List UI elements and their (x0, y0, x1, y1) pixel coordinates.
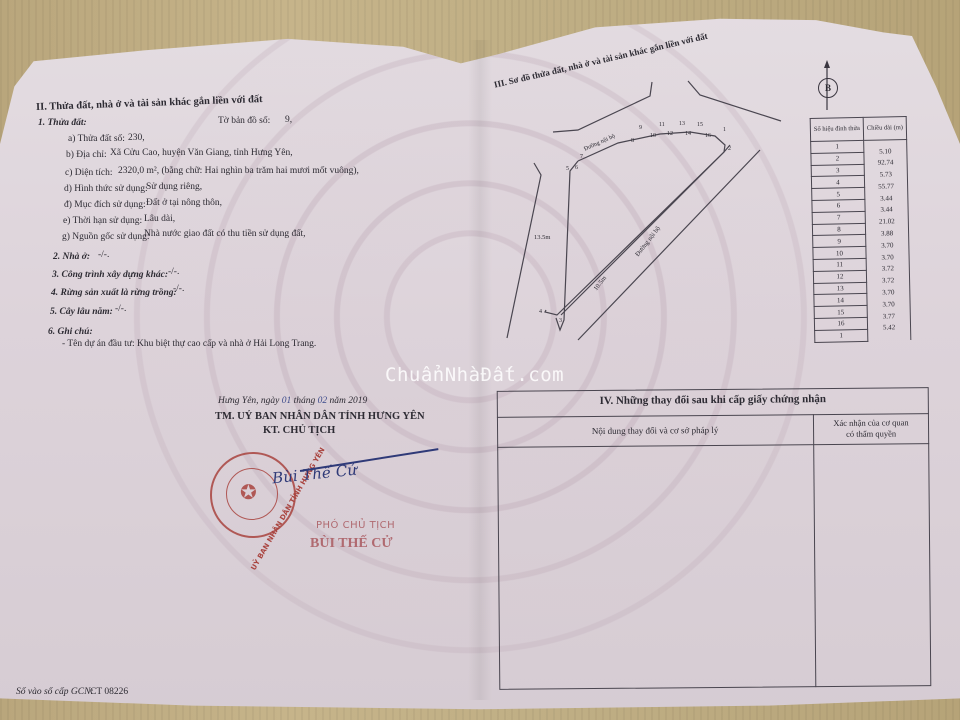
field-value: 2320,0 m², (bằng chữ: Hai nghìn ba trăm … (118, 166, 359, 176)
length-cell: 3.44 (865, 192, 908, 205)
date-day: 01 (282, 396, 292, 406)
registry-label: Số vào sổ cấp GCN: (16, 687, 94, 697)
vertex-label: 15 (697, 122, 703, 128)
length-cell: 21.02 (865, 215, 908, 228)
vertex-label: 5 (566, 166, 569, 172)
length-cell: 3.70 (866, 251, 909, 264)
length-cell: 55.77 (864, 180, 907, 193)
signing-date: Hưng Yên, ngày 01 tháng 02 năm 2019 (218, 396, 367, 406)
registry-number: CT 08226 (90, 687, 128, 697)
signer-name: BÙI THẾ CỬ (310, 536, 392, 552)
map-sheet-value: 9, (285, 115, 292, 125)
north-marker: B (818, 78, 838, 98)
on-behalf-of: KT. CHỦ TỊCH (263, 425, 335, 436)
field-label: a) Thửa đất số: (68, 134, 125, 144)
item-value: -/-. (98, 250, 109, 260)
vertex-label: 10 (650, 133, 656, 139)
length-cell: 3.72 (866, 262, 909, 275)
length-cell: 3.44 (865, 203, 908, 216)
item-label: 6. Ghi chú: (48, 327, 93, 337)
field-label: g) Nguồn gốc sử dụng: (62, 232, 149, 242)
date-month: 02 (318, 396, 328, 406)
vertex-label: 12 (667, 131, 673, 137)
vertex-cell: 1 (815, 329, 868, 342)
parcel-heading: 1. Thửa đất: (38, 118, 87, 128)
field-value: 230, (128, 133, 145, 143)
table-row: 15.10 (811, 140, 907, 154)
map-sheet-label: Tờ bản đồ số: (218, 116, 270, 126)
site-watermark: ChuẩnNhàĐất.com (385, 364, 564, 386)
vertex-label: 3 (559, 318, 562, 324)
field-label: b) Địa chỉ: (66, 150, 107, 160)
field-label: c) Diện tích: (65, 168, 112, 178)
length-cell: 92.74 (864, 156, 907, 169)
confirmation-line-2: có thẩm quyền (813, 428, 929, 440)
national-emblem-icon: ✪ (240, 480, 257, 505)
vertex-label: 2 (728, 146, 731, 152)
vertex-label: 4 (539, 309, 542, 315)
issuing-authority: TM. UỶ BAN NHÂN DÂN TỈNH HƯNG YÊN (215, 411, 425, 422)
vertex-label: 16 (705, 133, 711, 139)
field-value: Nhà nước giao đất có thu tiền sử dụng đấ… (144, 229, 305, 239)
vertex-label: 14 (685, 131, 691, 137)
changes-table: IV. Những thay đổi sau khi cấp giấy chứn… (497, 387, 932, 690)
vertex-label: 7 (580, 154, 583, 160)
col-header-vertex: Số hiệu đỉnh thửa (810, 117, 863, 141)
vertex-label: 6 (575, 165, 578, 171)
field-label: e) Thời hạn sử dụng: (63, 216, 142, 226)
col-header-length: Chiều dài (m) (863, 117, 907, 141)
vertex-label: 1 (723, 127, 726, 133)
length-cell: 3.88 (865, 227, 908, 240)
item-label: 5. Cây lâu năm: (50, 307, 113, 317)
vertex-label: 13 (679, 121, 685, 127)
item-label: 4. Rừng sản xuất là rừng trồng: (51, 288, 177, 298)
item-value: -/-. (173, 284, 184, 294)
length-cell: 3.77 (867, 310, 910, 323)
field-value: Đất ở tại nông thôn, (146, 198, 222, 208)
length-cell: 5.73 (864, 168, 907, 181)
length-cell: 5.10 (864, 145, 907, 158)
project-note: - Tên dự án đầu tư: Khu biệt thự cao cấp… (62, 339, 316, 349)
length-cell (868, 333, 911, 346)
vertex-label: 11 (659, 122, 665, 128)
vertex-label: 8 (631, 138, 634, 144)
item-label: 2. Nhà ở: (53, 252, 90, 262)
length-cell: 3.70 (866, 239, 909, 252)
field-value: Xã Cửu Cao, huyện Văn Giang, tỉnh Hưng Y… (110, 148, 293, 158)
length-cell: 3.70 (867, 298, 910, 311)
field-label: đ) Mục đích sử dụng: (64, 200, 146, 210)
date-month-label: tháng (294, 396, 316, 406)
vertex-length-table: Số hiệu đỉnh thửa Chiều dài (m) 15.10292… (810, 116, 912, 343)
signer-title: PHÓ CHỦ TỊCH (316, 520, 395, 531)
length-cell: 3.72 (866, 274, 909, 287)
field-value: Lâu dài, (144, 214, 175, 224)
field-value: Sử dụng riêng, (146, 182, 202, 192)
date-prefix: Hưng Yên, ngày (218, 396, 279, 406)
item-value: -/-. (168, 267, 179, 277)
changes-col-confirmation: Xác nhận của cơ quan có thẩm quyền (813, 417, 929, 440)
width-label: 13.5m (534, 234, 550, 241)
date-year: năm 2019 (330, 396, 368, 406)
length-cell: 5.42 (867, 321, 910, 334)
item-value: -/-. (115, 304, 126, 314)
length-cell: 3.70 (867, 286, 910, 299)
vertex-label: 9 (639, 125, 642, 131)
item-label: 3. Công trình xây dựng khác: (52, 270, 168, 280)
field-label: d) Hình thức sử dụng: (64, 184, 148, 194)
